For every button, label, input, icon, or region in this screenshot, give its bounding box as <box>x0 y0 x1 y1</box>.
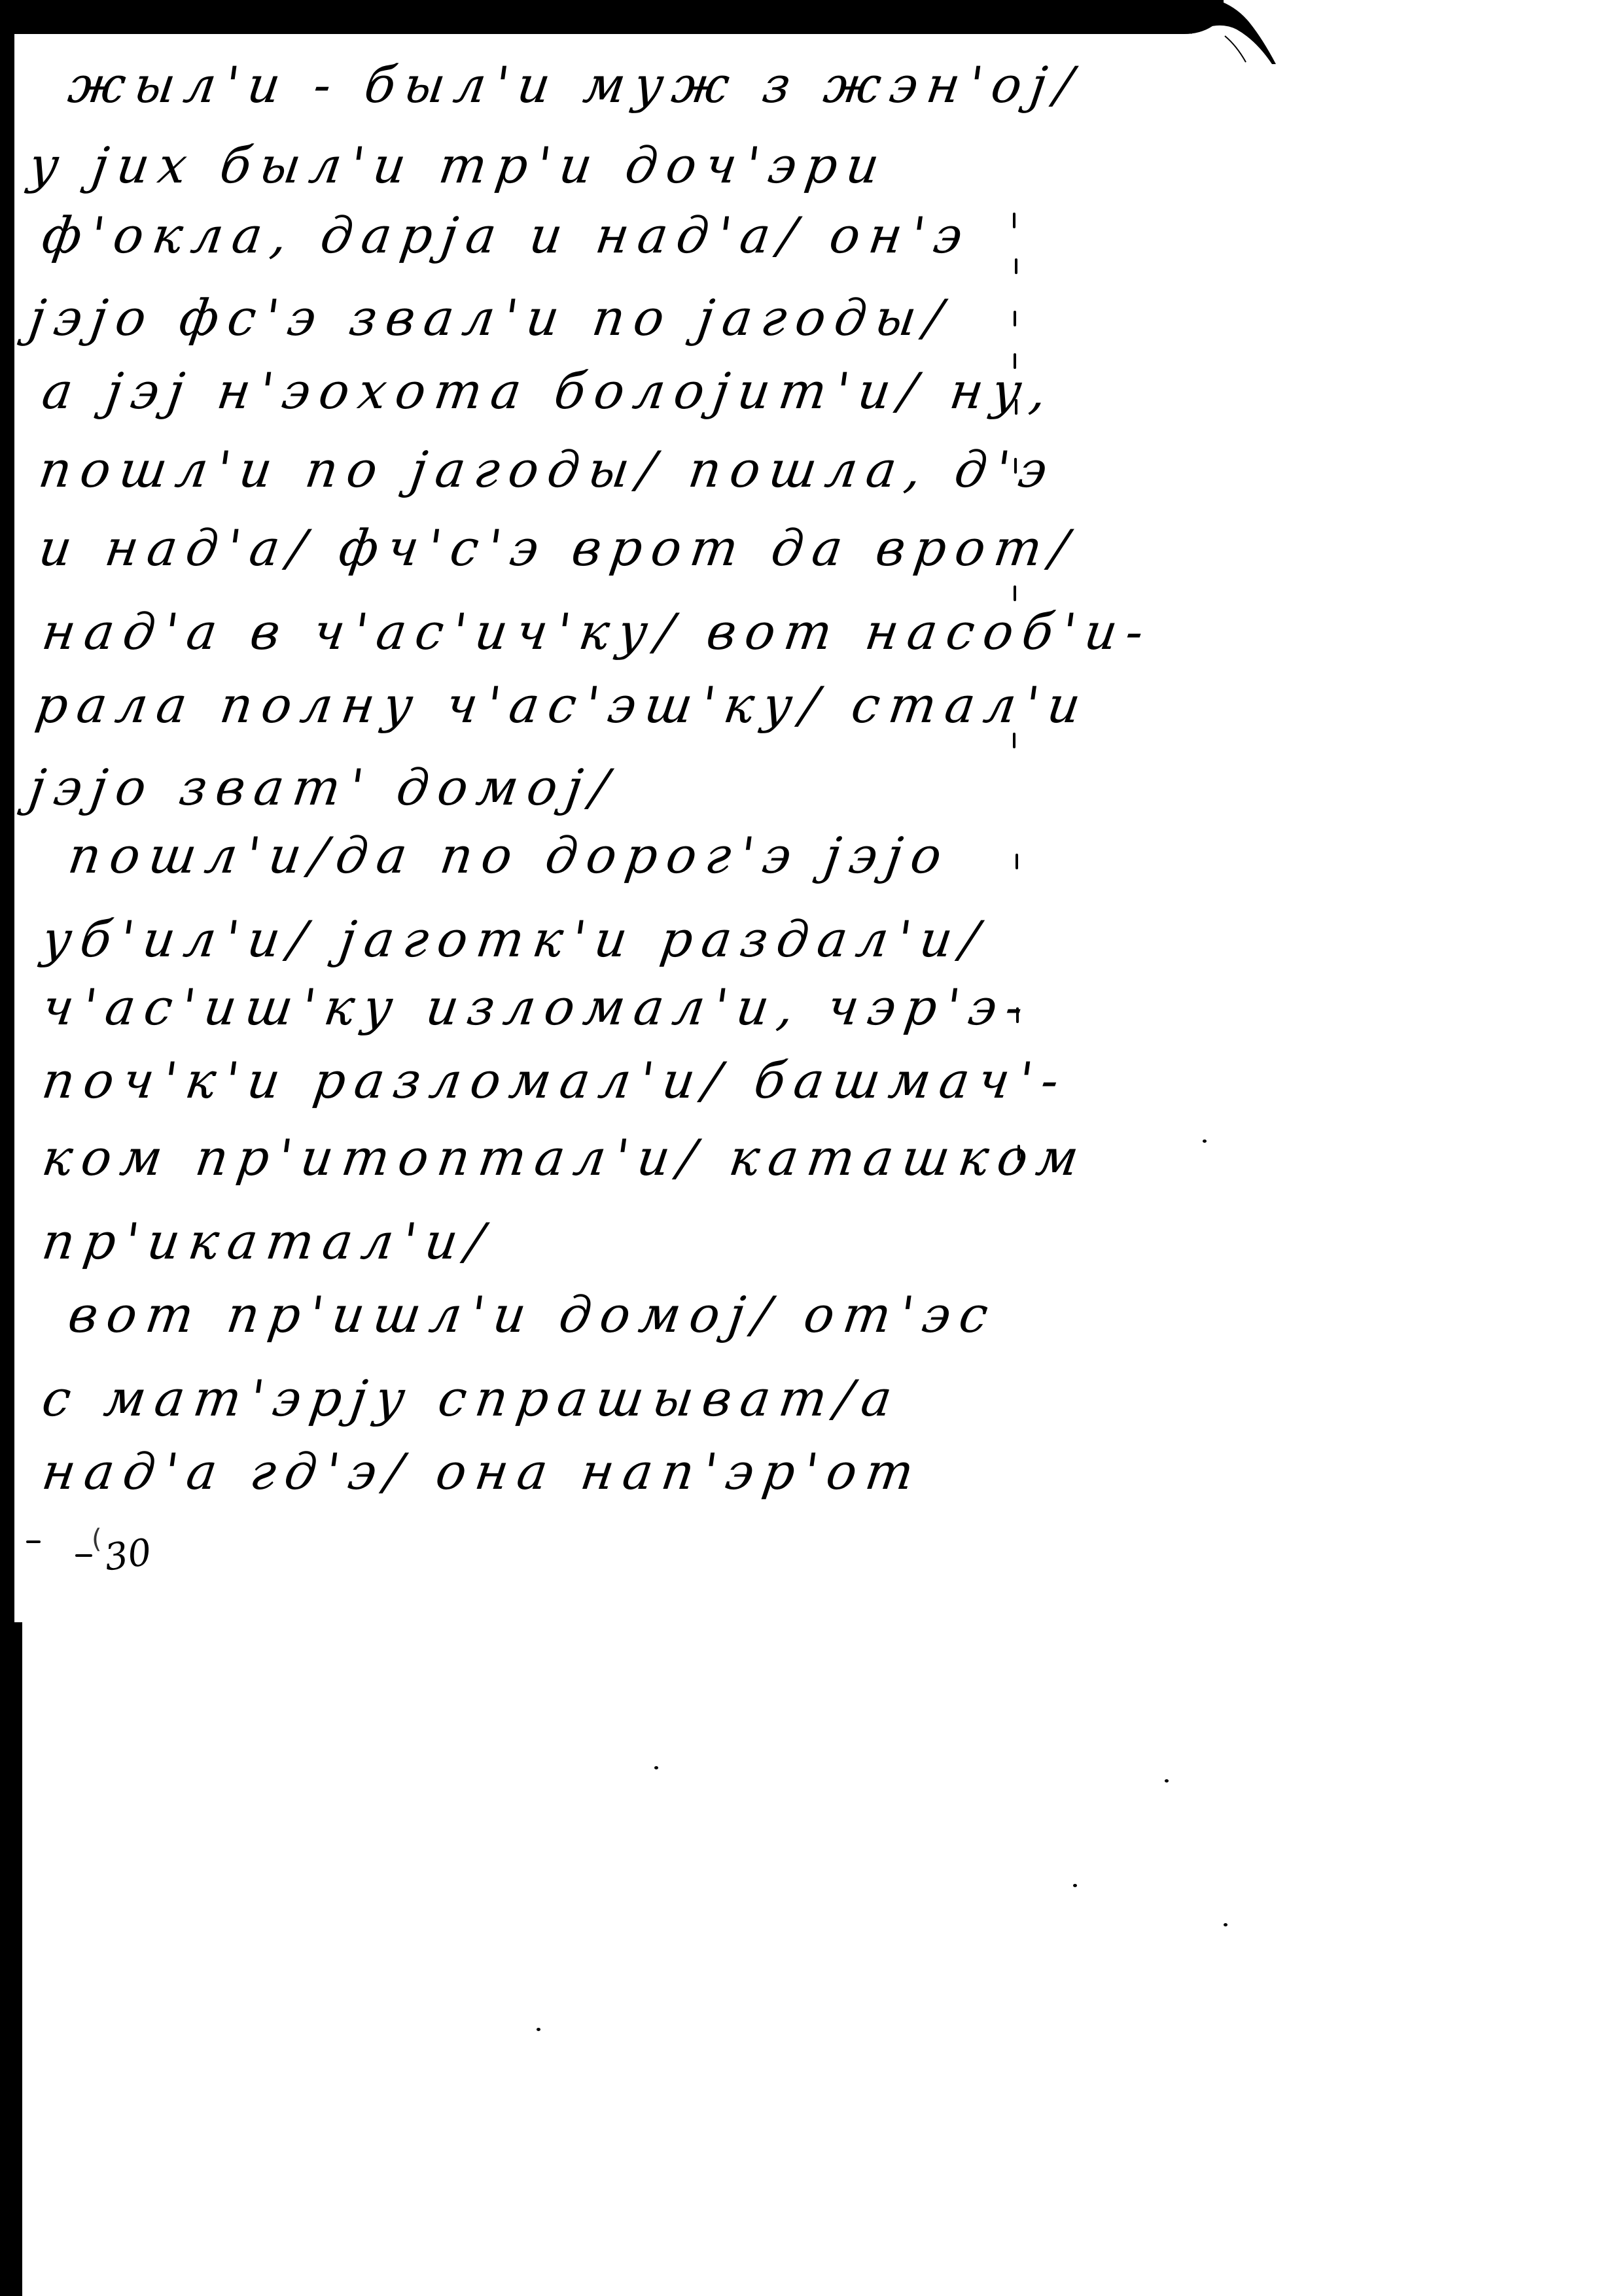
manuscript-line-5: а јэј н'эохота болојит'и/ ну, <box>39 366 1059 416</box>
manuscript-line-3: ф'окла, дарја и над'а/ он'э <box>39 211 974 260</box>
manuscript-line-7: и над'а/ фч'с'э врот да врот/ <box>36 523 1080 573</box>
manuscript-line-18: с мат'эрју спрашыват/а <box>39 1374 904 1423</box>
manuscript-line-9: рала полну ч'ас'эш'ку/ стал'и <box>33 680 1093 730</box>
margin-tick <box>1015 854 1018 869</box>
margin-tick <box>1014 353 1016 369</box>
scan-speck <box>1203 1139 1207 1143</box>
scan-speck <box>7 1024 10 1027</box>
margin-tick <box>1013 213 1015 228</box>
scan-shadow-top <box>0 0 1224 34</box>
margin-tick <box>1014 311 1016 326</box>
manuscript-line-11: пошл'и/да по дорог'э јэјо <box>65 831 954 880</box>
scan-speck <box>1073 1884 1077 1887</box>
manuscript-line-13: ч'ас'иш'ку изломал'и, чэр'э- <box>39 983 1035 1032</box>
scan-speck <box>1224 1923 1227 1926</box>
scan-mark <box>26 1540 41 1543</box>
scan-speck <box>654 1766 658 1769</box>
scanned-page: жыл'и - был'и муж з жэн'ој/ у јих был'и … <box>0 0 1607 2296</box>
margin-tick <box>1016 1007 1019 1023</box>
manuscript-line-17: вот пр'ишл'и домој/ от'эс <box>65 1290 1000 1340</box>
manuscript-line-1: жыл'и - был'и муж з жэн'ој/ <box>65 60 1085 110</box>
scan-mark <box>75 1554 92 1557</box>
margin-tick <box>1015 399 1017 415</box>
scan-speck <box>537 2028 540 2031</box>
manuscript-line-12: уб'ил'и/ јаготк'и раздал'и/ <box>39 914 991 964</box>
scan-speck <box>1165 1779 1169 1783</box>
margin-tick <box>1013 733 1015 748</box>
margin-tick <box>1015 258 1017 274</box>
manuscript-line-10: јэјо зват' домој/ <box>26 763 620 812</box>
margin-tick <box>1014 458 1017 474</box>
manuscript-line-2: у јих был'и тр'и доч'эри <box>26 141 891 190</box>
page-number-mark: ( <box>92 1524 102 1554</box>
manuscript-line-16: пр'икатал'и/ <box>39 1217 496 1266</box>
scan-shadow-left-lower <box>0 1622 22 2296</box>
manuscript-line-6: пошл'и по јагоды/ пошла, д'э <box>36 445 1059 495</box>
manuscript-line-4: јэјо фс'э звал'и по јагоды/ <box>26 293 955 343</box>
manuscript-line-19: над'а гд'э/ она нап'эр'от <box>39 1447 926 1497</box>
manuscript-line-15: ком пр'итоптал'и/ каташком <box>39 1133 1091 1183</box>
manuscript-line-14: поч'к'и разломал'и/ башмач'- <box>39 1056 1071 1105</box>
manuscript-line-8: над'а в ч'ас'ич'ку/ вот насоб'и- <box>39 607 1156 657</box>
margin-tick <box>1014 585 1016 601</box>
page-number: 30 <box>102 1531 154 1579</box>
margin-tick <box>1017 1145 1020 1160</box>
page-curl-corner <box>1191 0 1322 65</box>
